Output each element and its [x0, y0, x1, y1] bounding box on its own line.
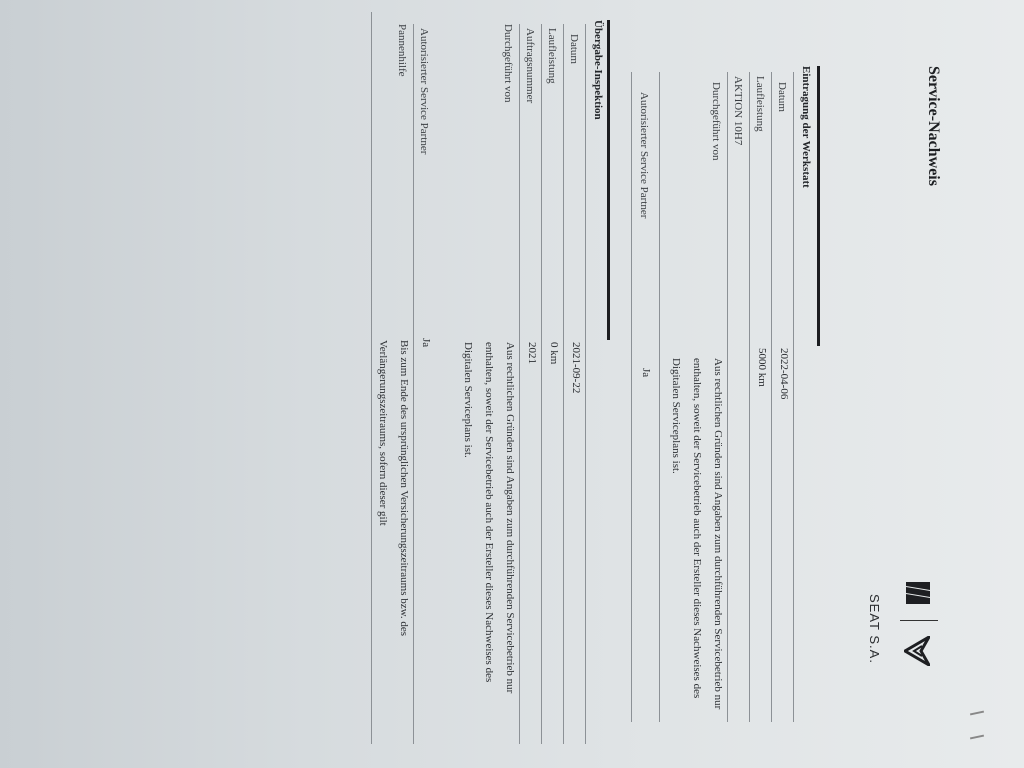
- row-divider: [631, 72, 632, 722]
- handover-performed-by-label: Durchgeführt von: [502, 24, 514, 103]
- handover-partner-value: Ja: [415, 338, 436, 347]
- handover-order-number-value: 2021: [521, 342, 542, 364]
- company-name: SEAT S.A.: [867, 594, 882, 664]
- staple-mark: [970, 711, 984, 716]
- workshop-performed-by-value: Aus rechtlichen Gründen sind Angaben zum…: [665, 358, 728, 718]
- row-divider: [371, 12, 372, 744]
- handover-order-number-label: Auftragsnummer: [524, 28, 536, 103]
- section-rule: [607, 20, 610, 340]
- row-divider: [749, 72, 750, 722]
- handover-partner-label: Autorisierter Service Partner: [418, 28, 430, 154]
- handover-performed-by-value: Aus rechtlichen Gründen sind Angaben zum…: [457, 342, 520, 722]
- service-record-page: Service-Nachweis SEAT S.A. Eintragung de…: [0, 0, 1024, 768]
- seat-s-logo-icon: [899, 580, 932, 606]
- logo-divider: [900, 620, 938, 621]
- row-divider: [563, 24, 564, 744]
- staple-mark: [970, 735, 984, 740]
- handover-heading: Übergabe-Inspektion: [592, 20, 604, 120]
- workshop-partner-label: Autorisierter Service Partner: [638, 92, 650, 218]
- handover-date-label: Datum: [568, 34, 580, 64]
- workshop-mileage-label: Laufleistung: [754, 76, 766, 132]
- section-rule: [817, 66, 820, 346]
- workshop-performed-by-label: Durchgeführt von: [710, 82, 722, 161]
- row-divider: [541, 24, 542, 744]
- handover-mileage-value: 0 km: [543, 342, 564, 364]
- cupra-logo-icon: [899, 636, 930, 666]
- row-divider: [771, 72, 772, 722]
- handover-date-value: 2021-09-22: [565, 342, 586, 393]
- workshop-action-label: AKTION 10H7: [732, 76, 744, 145]
- workshop-mileage-value: 5000 km: [751, 348, 772, 387]
- handover-mileage-label: Laufleistung: [546, 28, 558, 84]
- breakdown-assistance-value: Bis zum Ende des ursprünglichen Versiche…: [372, 340, 414, 670]
- workshop-entry-heading: Eintragung der Werkstatt: [800, 66, 812, 188]
- workshop-date-label: Datum: [776, 82, 788, 112]
- row-divider: [659, 72, 660, 722]
- page-title: Service-Nachweis: [924, 66, 942, 186]
- breakdown-assistance-label: Pannenhilfe: [396, 24, 408, 77]
- workshop-partner-value: Ja: [635, 368, 656, 377]
- workshop-date-value: 2022-04-06: [773, 348, 794, 399]
